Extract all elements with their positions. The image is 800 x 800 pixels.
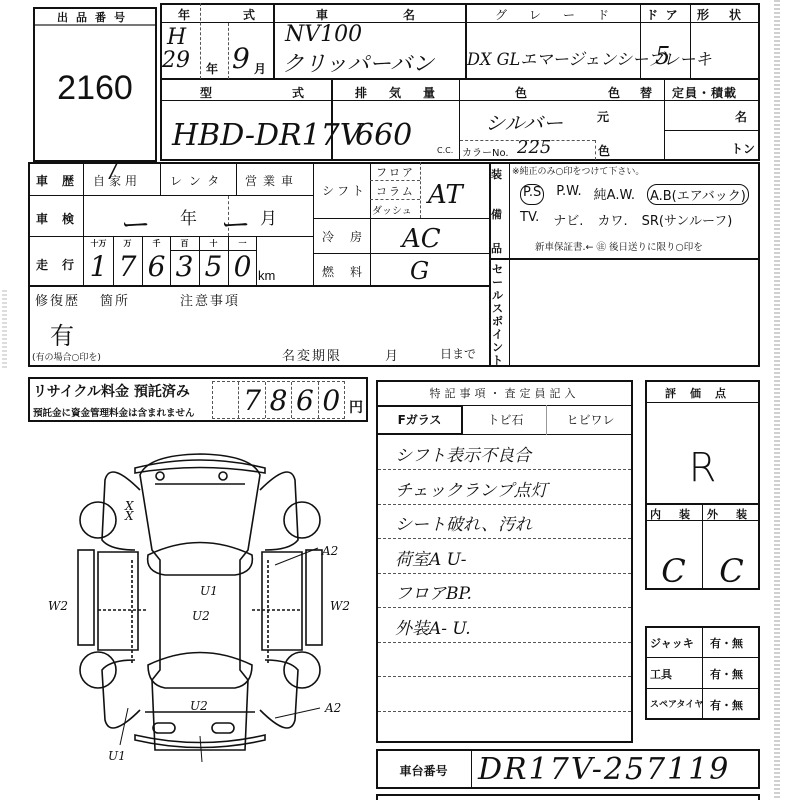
inspection-label: 車検 xyxy=(36,210,88,227)
color-value: シルバー xyxy=(485,107,563,136)
month: 9 xyxy=(232,42,250,75)
equipment-item[interactable]: A.B(エアバック) xyxy=(647,184,749,205)
recycle-digit: 0 xyxy=(318,382,344,418)
doors-value: 5 xyxy=(655,42,670,70)
car-name-line1: NV100 xyxy=(285,22,362,47)
remark-line: シート破れ、汚れ xyxy=(395,510,532,535)
interior-score: C xyxy=(645,552,702,590)
damage-mark: W2 xyxy=(330,599,350,613)
accessory-label: 工具 xyxy=(650,666,672,682)
recycle-unit: 円 xyxy=(349,397,363,417)
vehicle-damage-diagram: A2W2W2U1U2XXU1A2U2 xyxy=(40,440,360,800)
chassis-label: 車台番号 xyxy=(376,762,471,779)
year-unit: 年 xyxy=(206,60,218,77)
caution-label: 注意事項 xyxy=(180,290,240,309)
mileage-place-label: 十 xyxy=(199,238,228,249)
recycle-digit: 8 xyxy=(265,382,291,418)
mileage-digit: 7 xyxy=(113,250,142,283)
accessory-label: スペアタイヤ xyxy=(650,697,703,710)
scan-edge-left xyxy=(2,290,7,370)
history-mark: / xyxy=(110,158,117,183)
mileage-place-label: 一 xyxy=(228,238,257,249)
accessory-value[interactable]: 有・無 xyxy=(710,666,743,682)
repair-value: 有 xyxy=(50,316,74,351)
displacement-unit: C.C. xyxy=(437,146,453,155)
score-title: 評価点 xyxy=(645,385,760,401)
equipment-item[interactable]: 純A.W. xyxy=(594,184,635,205)
history-option-rental[interactable]: レンタ xyxy=(170,172,226,189)
remark-line: 荷室A U- xyxy=(395,545,466,570)
remark-line: シフト表示不良合 xyxy=(395,441,531,466)
equipment-row2: TV.ナビ.カワ.SR(サンルーフ) xyxy=(520,210,760,229)
car-label: 車 xyxy=(316,6,334,23)
recycle-digit xyxy=(213,382,238,418)
damage-mark: A2 xyxy=(324,701,341,715)
name-change-label: 名変期限 xyxy=(282,345,342,364)
color-label: 色 xyxy=(515,84,533,101)
equipment-item[interactable]: P.W. xyxy=(556,184,581,205)
mileage-place-label: 千 xyxy=(142,238,171,249)
equipment-item[interactable]: カワ. xyxy=(597,210,627,229)
shift-label: シフト xyxy=(322,182,367,199)
glass-tab[interactable]: トビ石 xyxy=(463,405,548,435)
overall-score: R xyxy=(645,445,760,491)
exterior-label: 外装 xyxy=(707,506,765,522)
accessory-value[interactable]: 有・無 xyxy=(710,697,743,713)
recycle-title: リサイクル料金 預託済み xyxy=(33,381,190,401)
era: H xyxy=(167,25,186,50)
year: 29 xyxy=(162,48,190,73)
name-change-month: 月 xyxy=(385,345,398,364)
remark-line: フロアBP. xyxy=(395,579,472,604)
repair-label: 修復歴 xyxy=(35,290,80,309)
remark-line: チェックランプ点灯 xyxy=(395,476,548,501)
damage-mark: W2 xyxy=(48,599,68,613)
bottom-grid xyxy=(376,794,760,800)
accessory-value[interactable]: 有・無 xyxy=(710,635,743,651)
shift-option-floor[interactable]: フロア xyxy=(376,164,415,180)
mileage-digit: 3 xyxy=(170,250,199,283)
fuel-label: 燃料 xyxy=(322,263,378,280)
grade-label: グレード xyxy=(495,6,631,23)
remark-line: 外装A- U. xyxy=(395,614,471,639)
ac-value: AC xyxy=(402,224,441,254)
mileage-label: 走行 xyxy=(36,256,88,273)
fuel-value: G xyxy=(410,257,429,285)
mileage-digit: 5 xyxy=(199,250,228,283)
equipment-item[interactable]: SR(サンルーフ) xyxy=(642,210,733,229)
equipment-item[interactable]: ナビ. xyxy=(553,210,583,229)
shift-option-dash[interactable]: ダッシュ xyxy=(372,202,412,217)
equipment-row1: P.SP.W.純A.W.A.B(エアバック) xyxy=(520,184,760,205)
color-after-label: 色 xyxy=(598,142,610,159)
glass-tab[interactable]: ヒビワレ xyxy=(548,405,633,435)
recycle-amount-cells: 7860 xyxy=(212,381,345,419)
accessory-label: ジャッキ xyxy=(650,635,694,651)
history-label: 車歴 xyxy=(36,172,88,189)
color-no-value: 225 xyxy=(517,137,551,158)
mileage-digit: 1 xyxy=(84,250,113,283)
interior-label: 内装 xyxy=(650,506,708,522)
mileage-place-label: 十万 xyxy=(84,238,113,249)
persons-unit: 名 xyxy=(735,108,747,125)
shape-label: 形状 xyxy=(697,6,761,23)
recycle-note: 預託金に資金管理料金は含まれません xyxy=(33,405,195,419)
year-label: 年 xyxy=(178,6,196,23)
lot-number-box: 出品番号 2160 xyxy=(33,7,157,162)
recycle-digit: 7 xyxy=(238,382,264,418)
damage-mark: U2 xyxy=(190,699,208,713)
car-name-line2: クリッパーバン xyxy=(282,47,434,78)
chassis-number: DR17V-257119 xyxy=(478,752,730,787)
mileage-unit: km xyxy=(258,268,275,283)
mileage-digit: 0 xyxy=(228,250,257,283)
shift-option-column[interactable]: コラム xyxy=(376,183,415,199)
warranty-note: 新車保証書.← ㊟ 後日送りに限り○印を xyxy=(535,239,703,253)
lot-number-label: 出品番号 xyxy=(35,9,155,26)
inspection-month-unit: 月 xyxy=(260,204,277,229)
name-label: 名 xyxy=(403,6,421,23)
model-code: HBD-DR17V xyxy=(172,118,361,153)
equipment-note: ※純正のみ○印をつけて下さい。 xyxy=(512,164,644,177)
mileage-place-label: 百 xyxy=(170,238,199,249)
inspection-year-unit: 年 xyxy=(180,204,197,229)
recycle-digit: 6 xyxy=(291,382,317,418)
repair-note: (有の場合○印を) xyxy=(32,350,101,363)
ac-label: 冷房 xyxy=(322,228,378,245)
displacement-label: 排気量 xyxy=(355,84,457,101)
displacement-value: 660 xyxy=(355,118,412,153)
mileage-digit: 6 xyxy=(142,250,171,283)
capacity-label: 定員・積載 xyxy=(672,84,737,101)
mileage-place-label: 万 xyxy=(113,238,142,249)
exterior-score: C xyxy=(703,552,760,590)
location-label: 箇所 xyxy=(100,290,130,309)
scan-edge xyxy=(774,0,780,800)
remarks-title: 特記事項・査定員記入 xyxy=(376,385,633,401)
month-unit: 月 xyxy=(254,60,266,77)
color-original-label: 元 xyxy=(597,108,609,125)
damage-mark: U2 xyxy=(192,609,210,623)
doors-label: ドア xyxy=(646,6,686,23)
type-label: 式 xyxy=(243,6,261,23)
tons-unit: トン xyxy=(731,140,755,157)
lot-number: 2160 xyxy=(35,69,155,108)
damage-mark: U1 xyxy=(200,584,218,598)
equipment-item[interactable]: TV. xyxy=(520,210,539,229)
glass-tab[interactable]: Fガラス xyxy=(376,405,463,435)
grade-value: DX GLエマージェンシーブレーキ xyxy=(467,45,712,70)
glass-tabs: Fガラストビ石ヒビワレ xyxy=(376,405,633,435)
damage-mark: X xyxy=(124,499,134,513)
damage-mark: A2 xyxy=(321,544,338,558)
equipment-item[interactable]: P.S xyxy=(520,184,544,205)
color-no-label: カラーNo. xyxy=(462,144,509,159)
name-change-day: 日まで xyxy=(440,345,476,362)
damage-mark: U1 xyxy=(108,749,126,763)
color-change-label: 色替 xyxy=(608,84,672,101)
history-option-commercial[interactable]: 営業車 xyxy=(245,172,299,189)
shift-value: AT xyxy=(428,180,463,210)
sales-point-label: セールスポイント xyxy=(492,263,506,367)
